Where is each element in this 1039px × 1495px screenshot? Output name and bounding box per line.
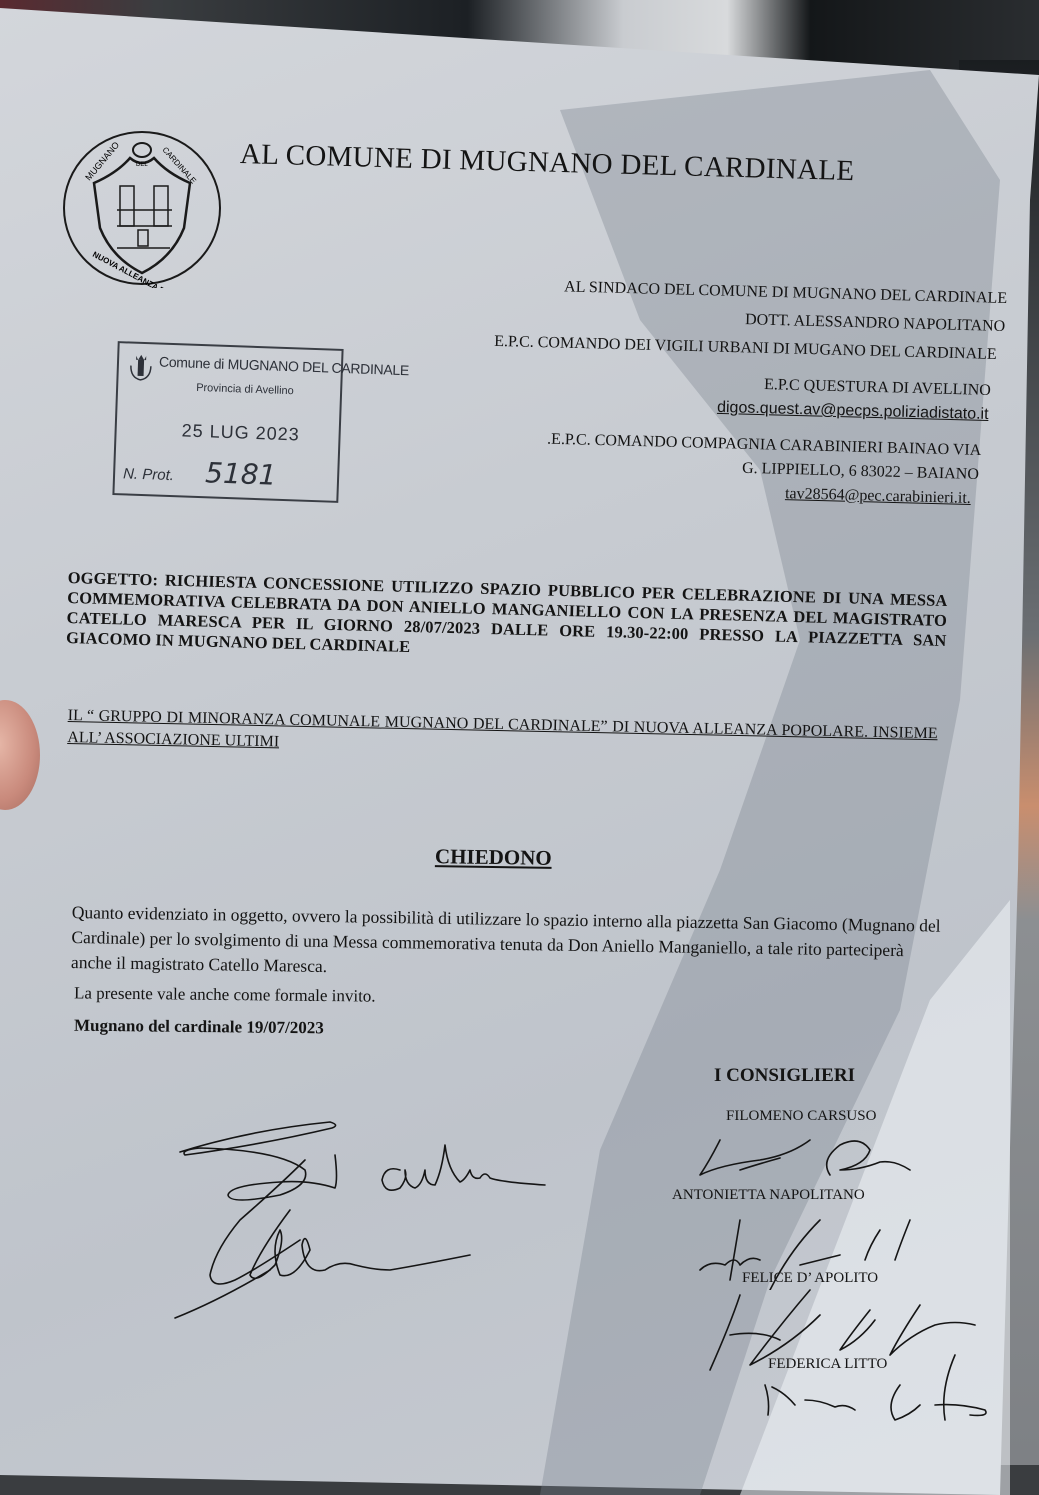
recipient-line: G. LIPPIELLO, 6 83022 – BAIANO (742, 460, 979, 484)
stamp-protocol-number: 5181 (205, 456, 277, 491)
request-heading: CHIEDONO (435, 844, 552, 871)
invitation-note: La presente vale anche come formale invi… (74, 983, 376, 1006)
stamp-date: 25 LUG 2023 (181, 420, 300, 445)
signature-carsuso (680, 1120, 920, 1200)
svg-text:DEL: DEL (136, 162, 148, 168)
signatories-title: I CONSIGLIERI (714, 1065, 855, 1087)
request-body: Quanto evidenziato in oggetto, ovvero la… (71, 900, 942, 989)
document-title: AL COMUNE DI MUGNANO DEL CARDINALE (240, 138, 855, 188)
svg-text:NUOVA ALLEANZA POPOLARE: NUOVA ALLEANZA POPOLARE (91, 250, 202, 288)
signature-left (160, 1100, 580, 1330)
recipient-line: E.P.C. COMANDO DEI VIGILI URBANI DI MUGA… (494, 333, 997, 364)
email-link-carabinieri[interactable]: tav28564@pec.carabinieri.it. (785, 485, 971, 508)
place-date: Mugnano del cardinale 19/07/2023 (74, 1016, 324, 1039)
recipient-line: E.P.C QUESTURA DI AVELLINO (764, 376, 991, 400)
document-content: MUGNANO DEL CARDINALE NUOVA ALLEANZA POP… (0, 0, 1039, 1495)
signature-litto (760, 1345, 1000, 1425)
svg-text:CARDINALE: CARDINALE (161, 145, 198, 185)
recipient-line: DOTT. ALESSANDRO NAPOLITANO (745, 311, 1006, 336)
signature-napolitano (680, 1200, 940, 1290)
email-link-questura[interactable]: digos.quest.av@pecps.poliziadistato.it (717, 399, 989, 424)
svg-text:MUGNANO: MUGNANO (83, 140, 121, 182)
stamp-protocol-label: N. Prot. (123, 465, 174, 484)
party-crest-icon: MUGNANO DEL CARDINALE NUOVA ALLEANZA POP… (62, 128, 222, 288)
stamp-municipality: Comune di MUGNANO DEL CARDINALE (159, 354, 409, 379)
recipient-line: AL SINDACO DEL COMUNE DI MUGNANO DEL CAR… (564, 278, 1007, 308)
recipient-line: .E.P.C. COMANDO COMPAGNIA CARABINIERI BA… (547, 431, 982, 460)
protocol-stamp: Comune di MUGNANO DEL CARDINALE Provinci… (112, 341, 343, 503)
municipal-crest-icon (126, 351, 155, 382)
subject-paragraph: OGGETTO: RICHIESTA CONCESSIONE UTILIZZO … (66, 568, 948, 671)
requesting-group: IL “ GRUPPO DI MINORANZA COMUNALE MUGNAN… (67, 705, 938, 767)
stamp-province: Provincia di Avellino (196, 382, 294, 397)
